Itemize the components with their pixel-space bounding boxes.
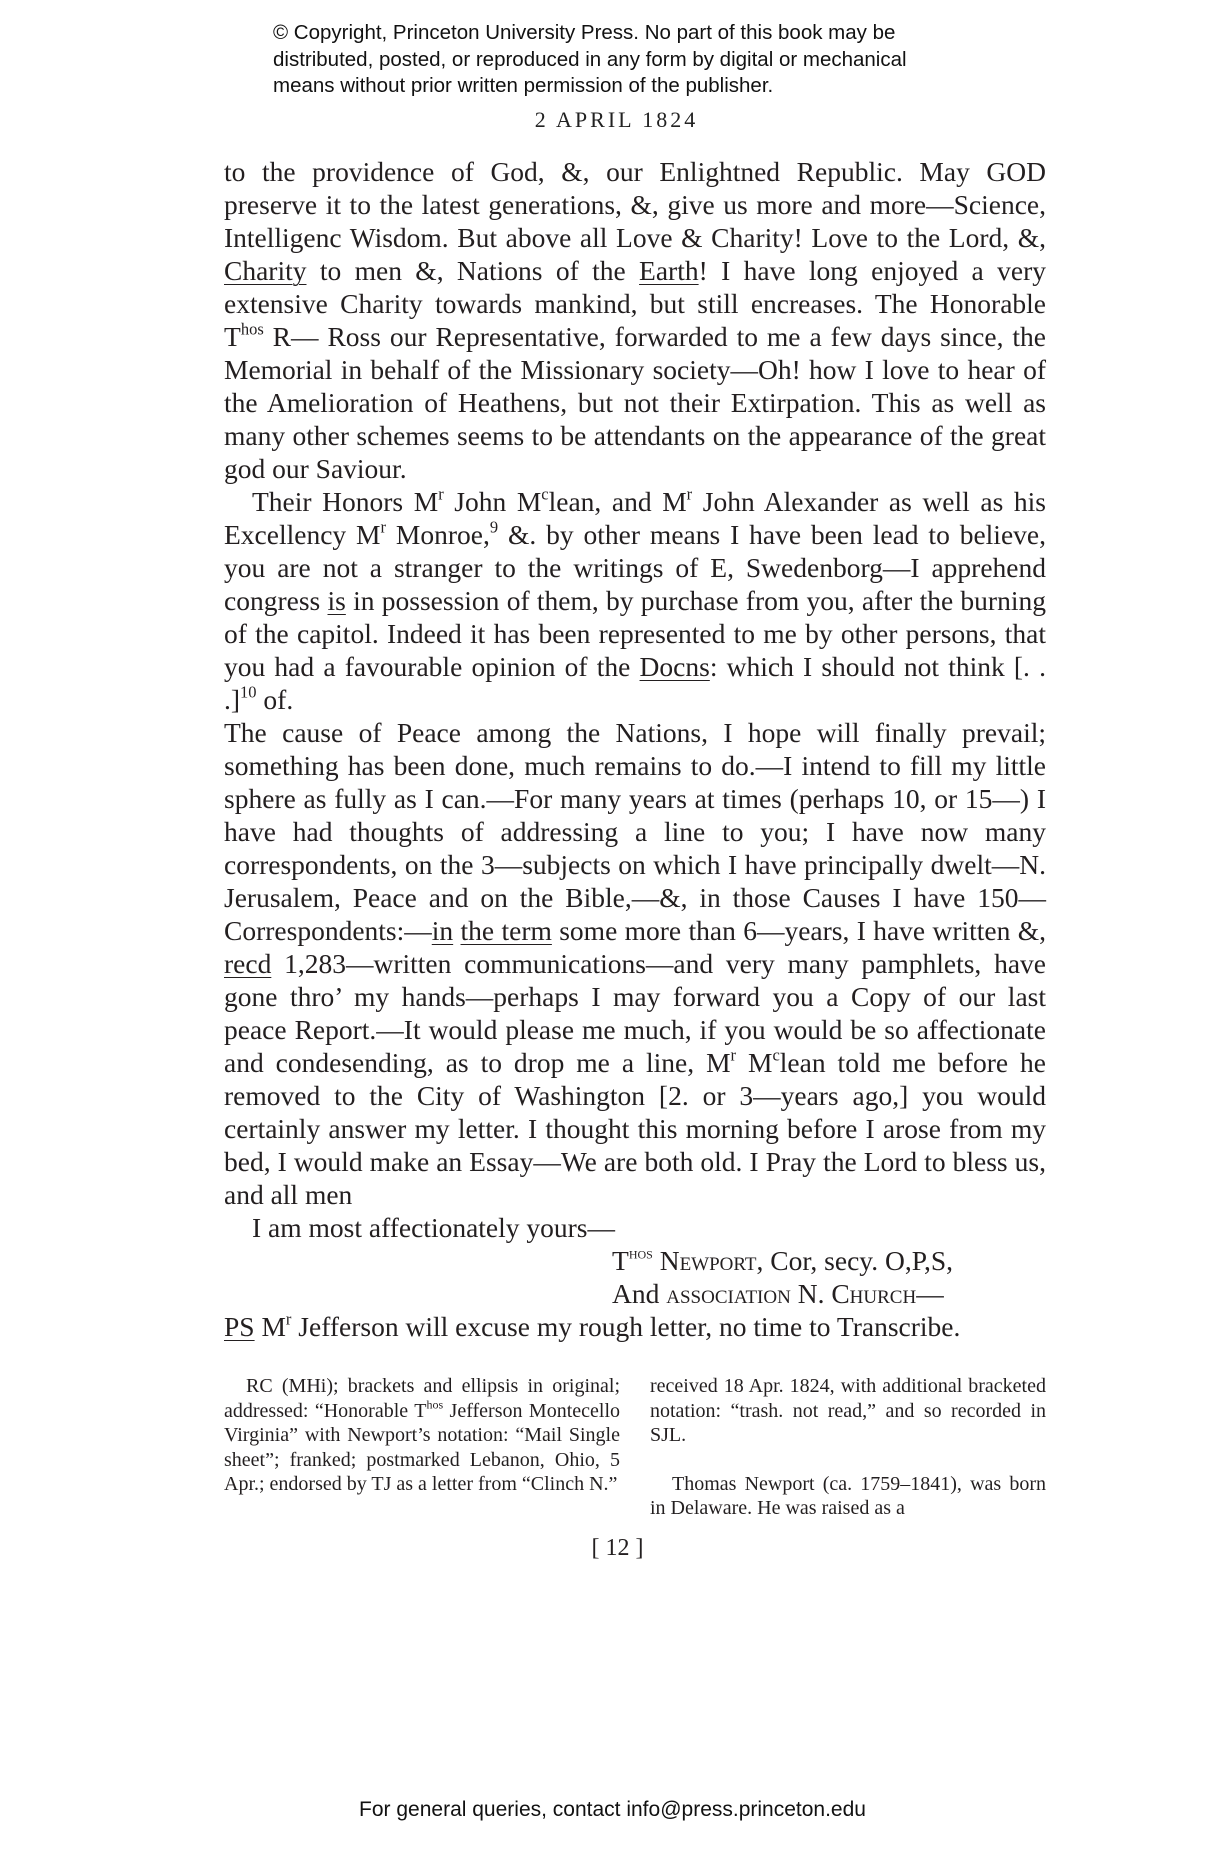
- text: R— Ross our Representative, forwarded to…: [224, 321, 1046, 484]
- underlined-word: Docns: [640, 651, 710, 682]
- text: to the providence of God, &, our Enlight…: [224, 156, 1046, 253]
- signature-line-2: And association N. Church—: [224, 1277, 1046, 1310]
- underlined-word: Earth: [639, 255, 699, 286]
- text: [453, 915, 460, 946]
- running-head-date: 2 APRIL 1824: [0, 107, 1225, 133]
- superscript: c: [541, 484, 548, 503]
- letter-paragraph-1: to the providence of God, &, our Enlight…: [224, 155, 1046, 485]
- letter-paragraph-2: Their Honors Mr John Mclean, and Mr John…: [224, 485, 1046, 716]
- notes-column-left: RC (MHi); brackets and ellipsis in origi…: [224, 1374, 620, 1521]
- superscript: hos: [241, 319, 264, 338]
- text: John M: [444, 486, 542, 517]
- superscript: hos: [426, 1397, 443, 1411]
- postscript: PS Mr Jefferson will excuse my rough let…: [224, 1310, 1046, 1343]
- underlined-word: the term: [461, 915, 552, 946]
- superscript: c: [772, 1045, 779, 1064]
- letter-body: to the providence of God, &, our Enlight…: [224, 155, 1046, 1343]
- copyright-line: distributed, posted, or reproduced in an…: [273, 47, 973, 74]
- text: And: [612, 1278, 666, 1309]
- text: to men &, Nations of the: [307, 255, 640, 286]
- biographical-note: Thomas Newport (ca. 1759–1841), was born…: [650, 1472, 1046, 1521]
- text: —: [916, 1278, 944, 1309]
- text: N.: [791, 1278, 832, 1309]
- notes-column-right: received 18 Apr. 1824, with additional b…: [650, 1374, 1046, 1521]
- copyright-line: means without prior written permission o…: [273, 73, 973, 100]
- footnote-ref-9[interactable]: 9: [490, 517, 498, 536]
- text: , Cor, secy. O,P,S,: [757, 1245, 954, 1276]
- underlined-word: recd: [224, 948, 271, 979]
- underlined-word: PS: [224, 1311, 255, 1342]
- copyright-line: © Copyright, Princeton University Press.…: [273, 20, 973, 47]
- text: some more than 6—years, I have written &…: [552, 915, 1046, 946]
- footer-contact: For general queries, contact info@press.…: [0, 1798, 1225, 1822]
- text: Church: [831, 1278, 916, 1309]
- text: of.: [257, 684, 294, 715]
- text: The cause of Peace among the Nations, I …: [224, 717, 1046, 946]
- text: association: [666, 1278, 791, 1309]
- underlined-word: in: [432, 915, 453, 946]
- text: Jefferson will excuse my rough letter, n…: [291, 1311, 960, 1342]
- editorial-notes: RC (MHi); brackets and ellipsis in origi…: [224, 1374, 1046, 1521]
- text: lean, and M: [549, 486, 687, 517]
- superscript: hos: [629, 1243, 653, 1262]
- text: T: [612, 1245, 629, 1276]
- footnote-ref-10[interactable]: 10: [240, 682, 257, 701]
- underlined-word: is: [328, 585, 346, 616]
- text: Their Honors M: [252, 486, 438, 517]
- signature-name: Newport: [653, 1245, 757, 1276]
- signature-line-1: Thos Newport, Cor, secy. O,P,S,: [224, 1244, 1046, 1277]
- page-number: [ 12 ]: [0, 1535, 1225, 1562]
- source-note: RC (MHi); brackets and ellipsis in origi…: [224, 1374, 620, 1497]
- underlined-word: Charity: [224, 255, 307, 286]
- source-note-continued: received 18 Apr. 1824, with additional b…: [650, 1374, 1046, 1448]
- letter-closing: I am most affectionately yours—: [224, 1211, 1046, 1244]
- text: M: [255, 1311, 286, 1342]
- text: M: [736, 1047, 772, 1078]
- letter-paragraph-3: The cause of Peace among the Nations, I …: [224, 716, 1046, 1211]
- copyright-notice: © Copyright, Princeton University Press.…: [273, 20, 973, 100]
- text: Monroe,: [386, 519, 490, 550]
